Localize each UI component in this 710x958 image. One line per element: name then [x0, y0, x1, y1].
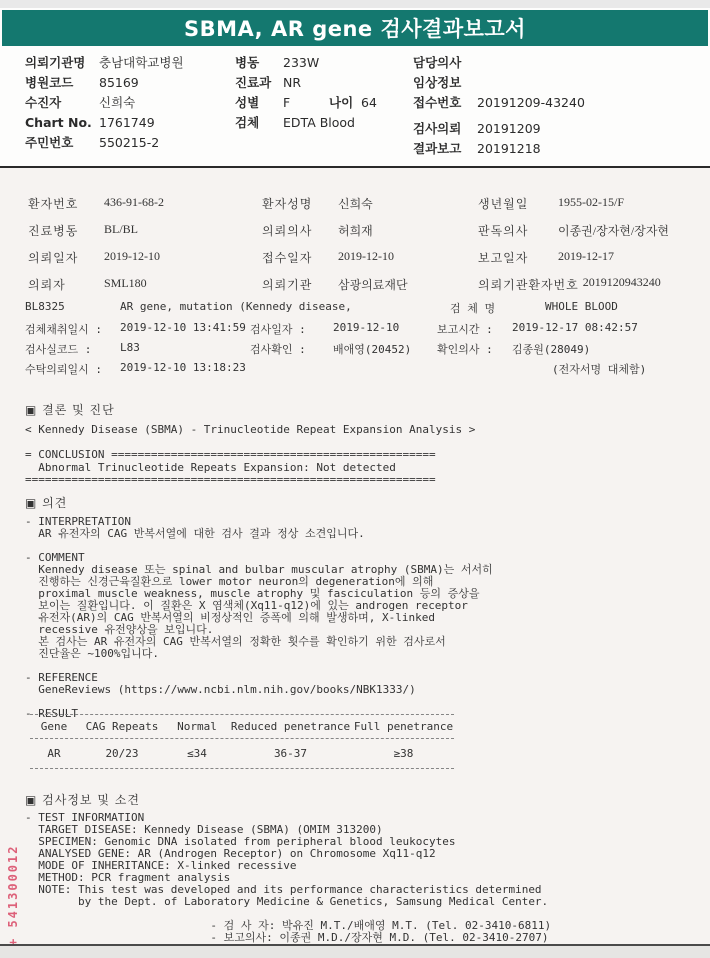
report-page: SBMA, AR gene 검사결과보고서 의뢰기관명 충남대학교병원 병원코드…: [0, 0, 710, 958]
reception-date: 접수일자 2019-12-10: [262, 246, 478, 273]
field-label: 병동: [235, 53, 283, 71]
field-value: 2019-12-10: [104, 249, 160, 264]
section-title-conclusion: ▣ 결론 및 진단: [25, 401, 115, 418]
conclusion-text: < Kennedy Disease (SBMA) - Trinucleotide…: [25, 424, 475, 487]
specimen-value: WHOLE BLOOD: [545, 300, 618, 313]
requester: 의뢰자 SML180: [28, 273, 262, 300]
field-ward: 병동 233W: [235, 52, 377, 72]
scan-top-edge: [0, 0, 710, 8]
admin-column-institution: 의뢰기관명 충남대학교병원 병원코드 85169 수진자 신희숙 Chart N…: [25, 52, 184, 152]
field-reception-no: 접수번호 20191209-43240: [413, 92, 585, 112]
field-label: 검체: [235, 113, 283, 131]
field-label: 병원코드: [25, 73, 99, 91]
field-value: 436-91-68-2: [104, 195, 164, 210]
lab-code-value: L83: [120, 341, 140, 354]
col-header-full-penetrance: Full penetrance: [353, 720, 454, 733]
cell-cag-repeats: 20/23: [78, 747, 166, 760]
patient-name: 환자성명 신희숙: [262, 192, 478, 219]
confirm-doctor-value: 김종원(28049): [512, 341, 590, 357]
test-code: BL8325: [25, 300, 65, 313]
request-date: 의뢰일자 2019-12-10: [28, 246, 262, 273]
field-label: 주민번호: [25, 133, 99, 151]
test-info-text: - TEST INFORMATION TARGET DISEASE: Kenne…: [25, 812, 551, 944]
field-value: 233W: [283, 55, 319, 70]
col-header-reduced-penetrance: Reduced penetrance: [228, 720, 353, 733]
patient-birthdate: 생년월일 1955-02-15/F: [478, 192, 708, 219]
header-divider-line: [0, 166, 710, 168]
field-resident-no: 주민번호 550215-2: [25, 132, 184, 152]
patient-info-grid: 환자번호 436-91-68-2 환자성명 신희숙 생년월일 1955-02-1…: [28, 192, 708, 300]
field-label: 접수일자: [262, 249, 334, 266]
col-header-normal: Normal: [166, 720, 228, 733]
cell-gene: AR: [30, 747, 78, 760]
referral-value: 2019-12-10 13:18:23: [120, 361, 246, 374]
collected-value: 2019-12-10 13:41:59: [120, 321, 246, 334]
field-label: 성별: [235, 93, 283, 111]
field-label: 환자성명: [262, 195, 334, 212]
report-title-bar: SBMA, AR gene 검사결과보고서: [2, 10, 708, 46]
field-value: 2019120943240: [583, 276, 663, 288]
field-label: 진료과: [235, 73, 283, 91]
section-title-test-info: ▣ 검사정보 및 소견: [25, 791, 140, 808]
lab-code-label: 검사실코드 :: [25, 341, 91, 357]
side-specimen-barcode-number: + 541300012: [6, 845, 20, 946]
field-request-date: 검사의뢰 20191209: [413, 118, 585, 138]
collected-label: 검체채취일시 :: [25, 321, 102, 337]
field-report-date: 결과보고 20191218: [413, 138, 585, 158]
institution-patient-number: 의뢰기관환자번호 2019120943240: [478, 273, 708, 300]
field-institution: 의뢰기관명 충남대학교병원: [25, 52, 184, 72]
report-time-label: 보고시간 :: [437, 321, 493, 337]
field-label: 보고일자: [478, 249, 554, 266]
field-department: 진료과 NR: [235, 72, 377, 92]
field-label: 판독의사: [478, 222, 554, 239]
confirm-doctor-label: 확인의사 :: [437, 341, 493, 357]
opinion-text: - INTERPRETATION AR 유전자의 CAG 반복서열에 대한 검사…: [25, 516, 493, 720]
field-label: 진료병동: [28, 222, 100, 239]
field-value: 삼광의료재단: [338, 276, 408, 293]
field-specimen: 검체 EDTA Blood: [235, 112, 377, 132]
field-value: 20191218: [477, 141, 541, 156]
test-date-value: 2019-12-10: [333, 321, 399, 334]
field-label: 의뢰일자: [28, 249, 100, 266]
verified-label: 검사확인 :: [250, 341, 306, 357]
scan-bottom-edge: [0, 946, 710, 958]
field-value: 충남대학교병원: [99, 53, 184, 71]
field-value: 1955-02-15/F: [558, 195, 624, 210]
cell-normal: ≤34: [166, 747, 228, 760]
field-label: 생년월일: [478, 195, 554, 212]
esign-note: (전자서명 대체함): [552, 361, 646, 377]
field-label: 검사의뢰: [413, 119, 477, 137]
field-label: 의뢰자: [28, 276, 100, 293]
field-label: 결과보고: [413, 139, 477, 157]
verified-value: 배애영(20452): [333, 341, 411, 357]
field-value: 신희숙: [338, 195, 373, 212]
field-value: 550215-2: [99, 135, 159, 150]
field-value: 20191209: [477, 121, 541, 136]
specimen-label: 검 체 명: [450, 300, 495, 316]
field-label: 임상정보: [413, 73, 477, 91]
field-value-sex: F: [283, 95, 329, 110]
requesting-institution: 의뢰기관 삼광의료재단: [262, 273, 478, 300]
col-header-gene: Gene: [30, 720, 78, 733]
field-value: 허희재: [338, 222, 373, 239]
field-value-age: 64: [361, 95, 377, 110]
field-label: Chart No.: [25, 115, 99, 130]
cell-full-penetrance: ≥38: [353, 747, 454, 760]
admin-column-ward: 병동 233W 진료과 NR 성별 F 나이 64 검체 EDTA Blood: [235, 52, 377, 132]
col-header-cag-repeats: CAG Repeats: [78, 720, 166, 733]
table-row: AR 20/23 ≤34 36-37 ≥38: [30, 739, 454, 768]
patient-ward: 진료병동 BL/BL: [28, 219, 262, 246]
field-value: 신희숙: [99, 93, 135, 111]
field-label: 환자번호: [28, 195, 100, 212]
test-name: AR gene, mutation (Kennedy disease,: [120, 300, 352, 313]
field-value: 이종권/장자현/장자현: [558, 222, 669, 239]
field-value: NR: [283, 75, 301, 90]
field-clinical-info: 임상정보: [413, 72, 585, 92]
field-hospital-code: 병원코드 85169: [25, 72, 184, 92]
section-title-opinion: ▣ 의견: [25, 494, 67, 511]
field-label: 수진자: [25, 93, 99, 111]
test-date-label: 검사일자 :: [250, 321, 306, 337]
field-value: EDTA Blood: [283, 115, 355, 130]
field-examinee: 수진자 신희숙: [25, 92, 184, 112]
field-value: 85169: [99, 75, 139, 90]
field-attending-doctor: 담당의사: [413, 52, 585, 72]
field-value: SML180: [104, 276, 147, 291]
referral-label: 수탁의뢰일시 :: [25, 361, 102, 377]
report-title: SBMA, AR gene 검사결과보고서: [184, 13, 526, 43]
table-divider: [30, 768, 454, 769]
table-header-row: Gene CAG Repeats Normal Reduced penetran…: [30, 715, 454, 738]
admin-column-reception: 담당의사 임상정보 접수번호 20191209-43240 검사의뢰 20191…: [413, 52, 585, 158]
field-label: 의뢰의사: [262, 222, 334, 239]
reading-doctor: 판독의사 이종권/장자현/장자현: [478, 219, 708, 246]
field-label-age: 나이: [329, 93, 361, 111]
field-value: BL/BL: [104, 222, 138, 237]
field-label: 담당의사: [413, 53, 477, 71]
field-value: 1761749: [99, 115, 155, 130]
field-label: 의뢰기관환자번호: [478, 276, 579, 293]
field-label: 의뢰기관명: [25, 53, 99, 71]
patient-number: 환자번호 436-91-68-2: [28, 192, 262, 219]
report-time-value: 2019-12-17 08:42:57: [512, 321, 638, 334]
field-label: 접수번호: [413, 93, 477, 111]
cell-reduced-penetrance: 36-37: [228, 747, 353, 760]
result-table: Gene CAG Repeats Normal Reduced penetran…: [30, 714, 454, 769]
report-date: 보고일자 2019-12-17: [478, 246, 708, 273]
field-sex-age: 성별 F 나이 64: [235, 92, 377, 112]
field-value: 2019-12-17: [558, 249, 614, 264]
requesting-doctor: 의뢰의사 허희재: [262, 219, 478, 246]
field-chart-no: Chart No. 1761749: [25, 112, 184, 132]
field-label: 의뢰기관: [262, 276, 334, 293]
field-value: 2019-12-10: [338, 249, 394, 264]
field-value: 20191209-43240: [477, 95, 585, 110]
